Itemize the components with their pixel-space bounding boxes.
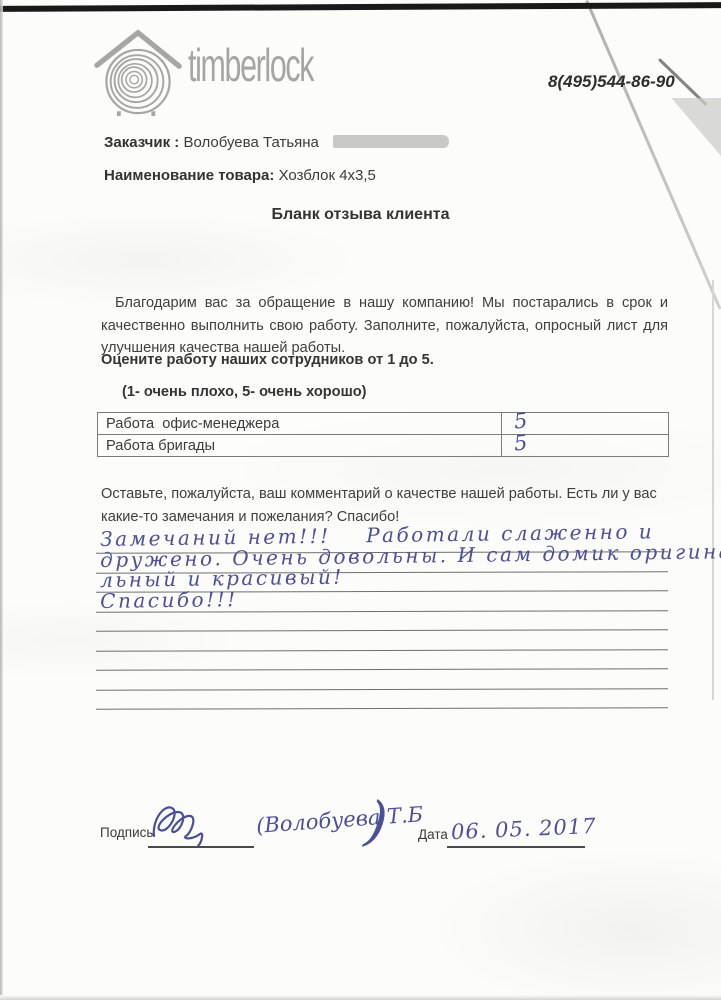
paper-bottom-edge-shadow (0, 995, 721, 1000)
ratings-table: Работа офис-менеджера 5 Работа бригады 5 (97, 412, 669, 457)
signature-label: Подпись (100, 825, 153, 840)
rating-label-cell: Работа бригады (98, 435, 502, 456)
comment-ruled-line (96, 707, 668, 709)
product-name: Хозблок 4х3,5 (279, 167, 376, 184)
date-underline (447, 846, 585, 848)
intro-paragraph: Благодарим вас за обращение в нашу компа… (101, 292, 668, 360)
logo-wordmark: timberlock (188, 38, 313, 92)
comment-ruled-line (96, 629, 668, 631)
comment-ruled-line (96, 668, 668, 670)
handwritten-date: 06. 05. 2017 (451, 814, 598, 844)
rating-value-cell: 5 (502, 435, 668, 456)
customer-name: Волобуева Татьяна (183, 134, 318, 151)
signature-name: (Волобуева Т.Б (255, 802, 424, 838)
product-line: Наименование товара: Хозблок 4х3,5 (104, 167, 376, 184)
rating-label-cell: Работа офис-менеджера (98, 413, 502, 434)
product-label: Наименование товара: (104, 167, 274, 184)
handwritten-rating: 5 (513, 430, 529, 455)
paper-right-edge-shadow (712, 280, 714, 700)
handwritten-rating: 5 (513, 408, 529, 433)
rating-value-cell: 5 (502, 413, 668, 434)
company-phone-number: 8(495)544-86-90 (548, 72, 675, 92)
date-label: Дата (418, 827, 448, 842)
redacted-text-block (333, 135, 449, 148)
comment-ruled-line (96, 688, 668, 690)
rating-row-office-manager: Работа офис-менеджера 5 (98, 413, 668, 435)
signature-scribble (148, 800, 258, 855)
scanner-left-edge (0, 0, 3, 1000)
rating-instruction: Оцените работу наших сотрудников от 1 до… (101, 352, 434, 368)
timberlock-logo-icon (90, 26, 186, 121)
customer-line: Заказчик : Волобуева Татьяна (104, 134, 449, 151)
scanned-feedback-form-page: timberlock 8(495)544-86-90 Заказчик : Во… (0, 0, 721, 1000)
customer-label: Заказчик : (104, 134, 179, 151)
form-title: Бланк отзыва клиента (0, 206, 721, 224)
rating-row-crew: Работа бригады 5 (98, 435, 668, 456)
comment-ruled-line (96, 649, 668, 651)
signature-closing-paren: ) (362, 789, 391, 854)
rating-scale-note: (1- очень плохо, 5- очень хорошо) (122, 384, 367, 400)
